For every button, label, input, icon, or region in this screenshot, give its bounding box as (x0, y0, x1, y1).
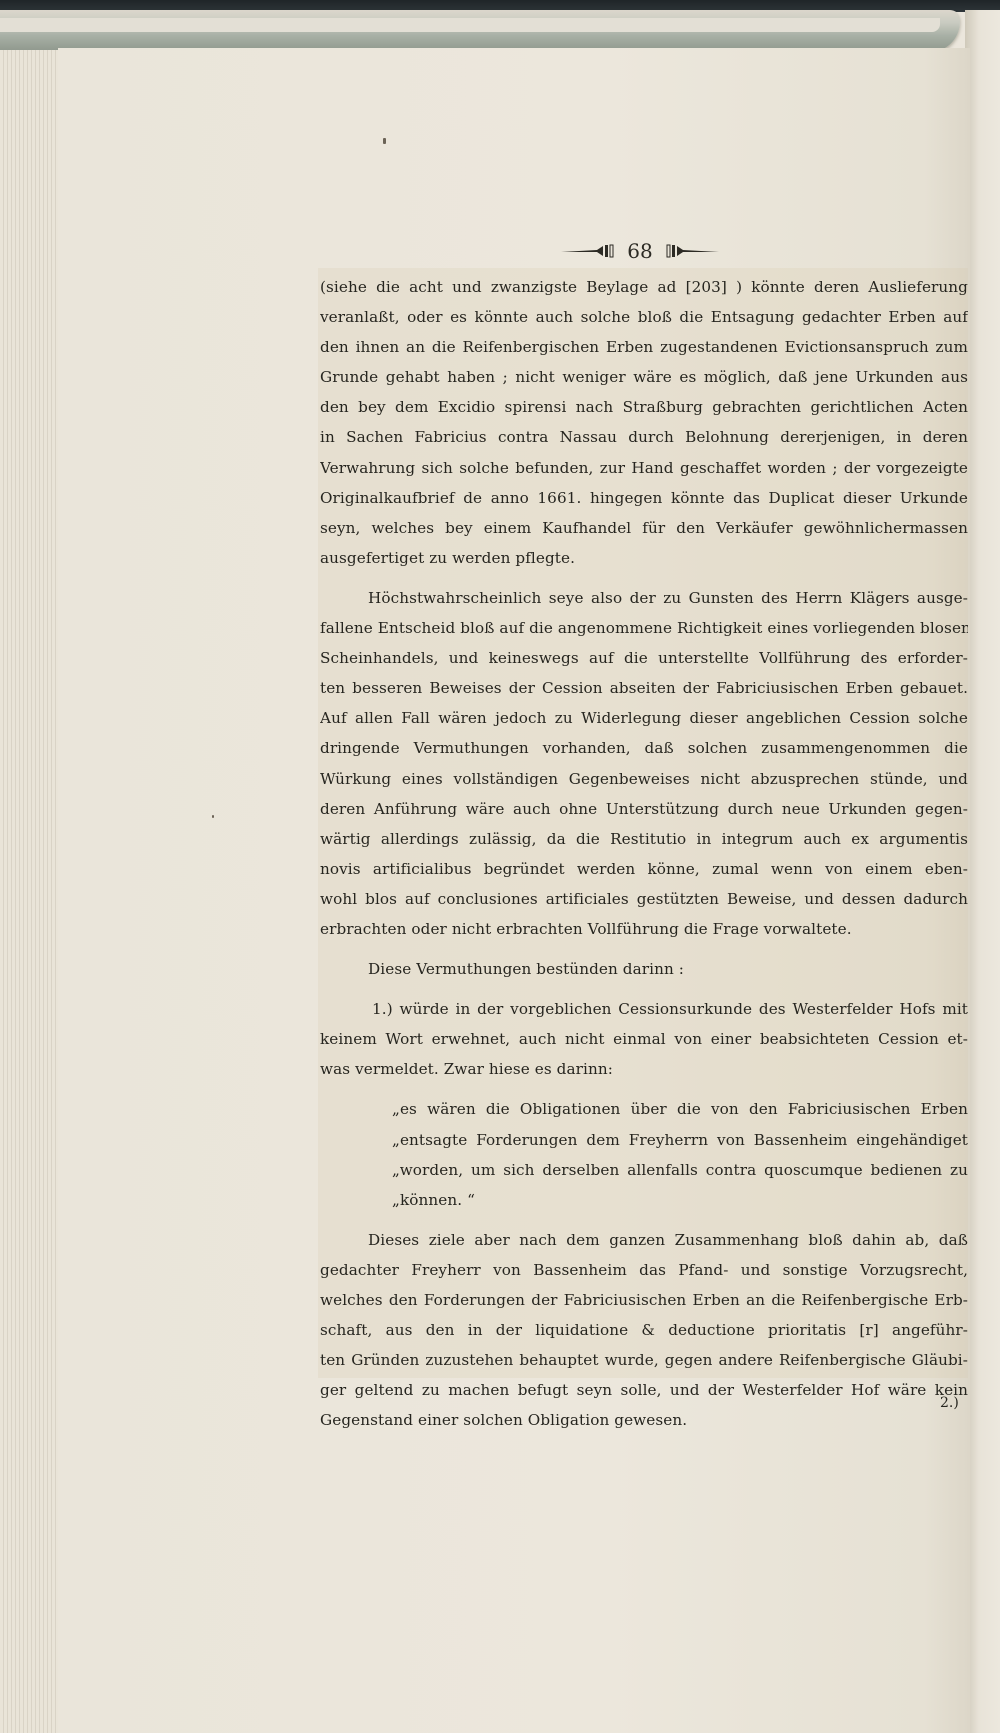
page-number: 68 (627, 239, 652, 263)
paper-speck (383, 138, 386, 144)
text-line: Originalkaufbrief de anno 1661. hingegen… (320, 483, 968, 513)
paragraph-gap (320, 1084, 968, 1094)
text-line: Dieses ziele aber nach dem ganzen Zusamm… (320, 1225, 968, 1255)
text-line: ger geltend zu machen befugt seyn solle,… (320, 1375, 968, 1405)
paragraph-gap (320, 1215, 968, 1225)
text-line: (siehe die acht und zwanzigste Beylage a… (320, 272, 968, 302)
paper-speck (212, 815, 214, 818)
left-ornament-icon (559, 243, 619, 259)
text-line: Diese Vermuthungen bestünden darinn : (320, 954, 968, 984)
quote-line: „worden, um sich derselben allenfalls co… (320, 1155, 968, 1185)
text-line: ten Gründen zuzustehen behauptet wurde, … (320, 1345, 968, 1375)
text-line: was vermeldet. Zwar hiese es darinn: (320, 1054, 968, 1084)
page-header: 68 (540, 236, 740, 266)
text-line: welches den Forderungen der Fabriciusisc… (320, 1285, 968, 1315)
text-line: Würkung eines vollständigen Gegenbeweise… (320, 764, 968, 794)
page-body-text: (siehe die acht und zwanzigste Beylage a… (320, 272, 968, 1435)
text-line: veranlaßt, oder es könnte auch solche bl… (320, 302, 968, 332)
quote-line: „entsagte Forderungen dem Freyherrn von … (320, 1125, 968, 1155)
text-line: 1.) würde in der vorgeblichen Cessionsur… (320, 994, 968, 1024)
text-line: schaft, aus den in der liquidatione & de… (320, 1315, 968, 1345)
text-line: seyn, welches bey einem Kaufhandel für d… (320, 513, 968, 543)
quote-line: „können. “ (320, 1185, 968, 1215)
text-line: Gegenstand einer solchen Obligation gewe… (320, 1405, 968, 1435)
paragraph-gap (320, 944, 968, 954)
page-stack-edges (0, 50, 60, 1733)
book-scan: 68 (siehe die acht und zwanzigste Beylag… (0, 0, 1000, 1733)
text-line: dringende Vermuthungen vorhanden, daß so… (320, 733, 968, 763)
text-line: ausgefertiget zu werden pflegte. (320, 543, 968, 573)
text-line: Grunde gehabt haben ; nicht weniger wäre… (320, 362, 968, 392)
text-line: Verwahrung sich solche befunden, zur Han… (320, 453, 968, 483)
quote-line: „es wären die Obligationen über die von … (320, 1094, 968, 1124)
text-line: novis artificialibus begründet werden kö… (320, 854, 968, 884)
text-line: fallene Entscheid bloß auf die angenomme… (320, 613, 968, 643)
cover-edge-highlight (0, 18, 940, 32)
catchword: 2.) (940, 1395, 959, 1411)
book-cover-edge (0, 10, 960, 52)
right-ornament-icon (661, 243, 721, 259)
text-line: deren Anführung wäre auch ohne Unterstüt… (320, 794, 968, 824)
text-line: ten besseren Beweises der Cession abseit… (320, 673, 968, 703)
text-line: in Sachen Fabricius contra Nassau durch … (320, 422, 968, 452)
text-line: Auf allen Fall wären jedoch zu Widerlegu… (320, 703, 968, 733)
text-line: gedachter Freyherr von Bassenheim das Pf… (320, 1255, 968, 1285)
text-line: keinem Wort erwehnet, auch nicht einmal … (320, 1024, 968, 1054)
paragraph-gap (320, 573, 968, 583)
text-line: Höchstwahrscheinlich seye also der zu Gu… (320, 583, 968, 613)
text-line: den bey dem Excidio spirensi nach Straßb… (320, 392, 968, 422)
text-line: den ihnen an die Reifenbergischen Erben … (320, 332, 968, 362)
text-line: erbrachten oder nicht erbrachten Vollfüh… (320, 914, 968, 944)
text-line: wärtig allerdings zulässig, da die Resti… (320, 824, 968, 854)
facing-page-edge (965, 10, 1000, 1733)
text-line: Scheinhandels, und keineswegs auf die un… (320, 643, 968, 673)
paragraph-gap (320, 984, 968, 994)
text-line: wohl blos auf conclusiones artificiales … (320, 884, 968, 914)
